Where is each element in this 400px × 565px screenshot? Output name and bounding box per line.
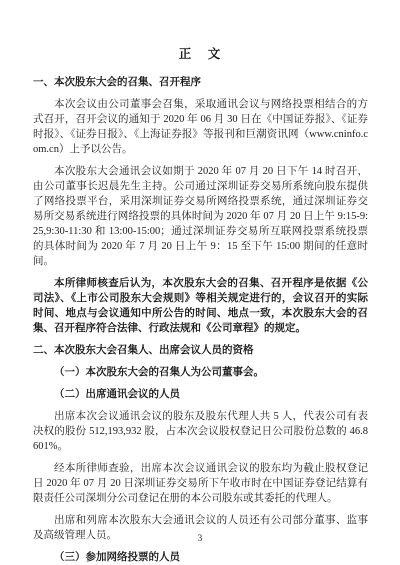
paragraph-attendee-shares: 出席本次会议通讯会议的股东及股东代理人共 5 人，代表公司有表决权的股份 512…	[33, 409, 368, 454]
paragraph-lawyer-opinion-procedure: 本所律师核查后认为，本次股东大会的召集、召开程序是依据《公司法》、《上市公司股东…	[33, 276, 368, 336]
section-heading-2: 二、本次股东大会召集人、出席会议人员的资格	[33, 343, 368, 358]
document-page: 正 文 一、本次股东大会的召集、召开程序 本次会议由公司董事会召集，采取通讯会议…	[0, 0, 400, 565]
subsection-heading-2-1: （一）本次股东大会的召集人为公司董事会。	[33, 365, 368, 380]
paragraph-meeting-time-voting: 本次股东大会通讯会议如期于 2020 年 07 月 20 日下午 14 时召开，…	[33, 164, 368, 269]
section-heading-1: 一、本次股东大会的召集、召开程序	[33, 75, 368, 90]
document-title: 正 文	[33, 45, 368, 63]
page-number: 3	[0, 533, 400, 543]
paragraph-shareholder-verification: 经本所律师查验，出席本次会议通讯会议的股东均为截止股权登记日 2020 年 07…	[33, 461, 368, 506]
paragraph-meeting-notice: 本次会议由公司董事会召集，采取通讯会议与网络投票相结合的方式召开，召开会议的通知…	[33, 97, 368, 157]
subsection-heading-2-3: （三）参加网络投票的人员	[33, 550, 368, 565]
subsection-heading-2-2: （二）出席通讯会议的人员	[33, 387, 368, 402]
